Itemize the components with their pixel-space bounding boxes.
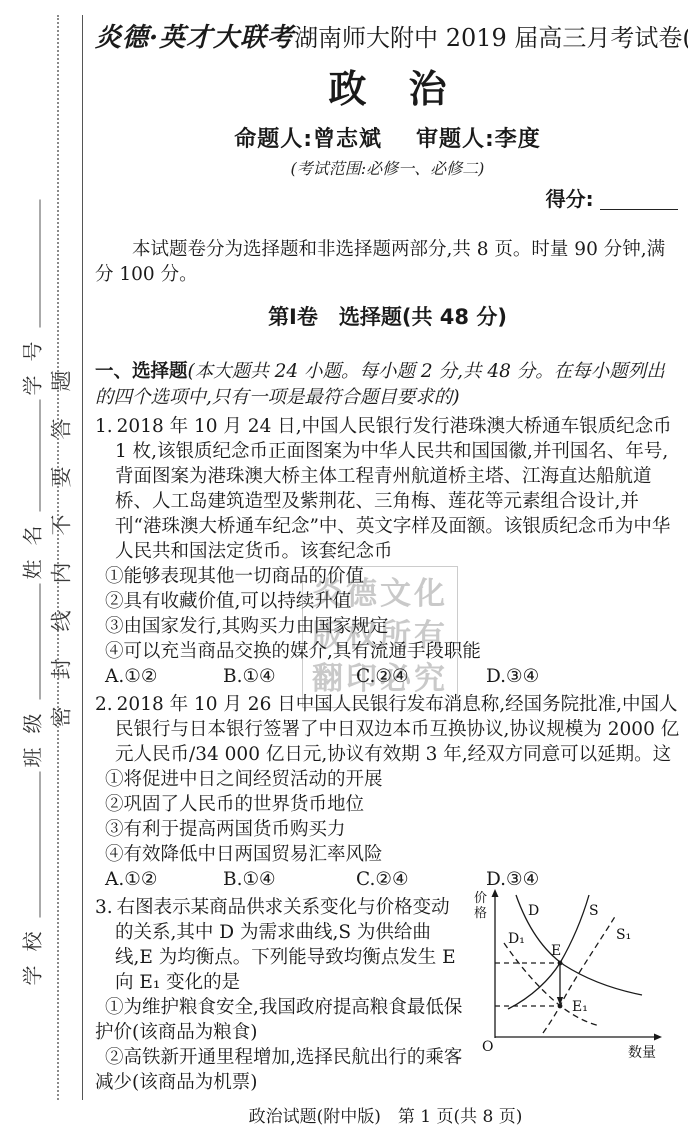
reviewer: 审题人:李度 <box>416 127 541 152</box>
proposer: 命题人:曾志斌 <box>234 127 382 152</box>
label-S: S <box>589 903 599 919</box>
question-1-item-4: ④可以充当商品交换的媒介,具有流通手段职能 <box>95 639 680 664</box>
question-2-item-1: ①将促进中日之间经贸活动的开展 <box>95 767 680 792</box>
question-1-item-3: ③由国家发行,其购买力由国家规定 <box>95 614 680 639</box>
label-D1: D₁ <box>508 931 525 947</box>
question-2: 2.2018 年 10 月 26 日中国人民银行发布消息称,经国务院批准,中国人… <box>95 692 680 892</box>
exam-edition: 湖南师大附中 2019 届高三月考试卷(四) <box>294 24 688 52</box>
x-axis-arrow <box>654 1034 662 1041</box>
equilibrium-point-E <box>558 961 563 966</box>
label-E: E <box>551 943 561 959</box>
score-label: 得分: <box>546 187 594 211</box>
option-d: D.③④ <box>486 664 680 689</box>
exam-header: 炎德·英才大联考湖南师大附中 2019 届高三月考试卷(四) <box>95 20 680 56</box>
part-1-heading: 一、选择题(本大题共 24 小题。每小题 2 分,共 48 分。在每小题列出的四… <box>95 359 680 411</box>
question-2-stem: 2.2018 年 10 月 26 日中国人民银行发布消息称,经国务院批准,中国人… <box>95 692 680 767</box>
option-a: A.①② <box>105 867 223 892</box>
seal-notice-text: 密封线内不要答题 <box>39 15 83 1100</box>
supply-demand-chart: 价格 <box>470 887 680 1083</box>
option-b: B.①④ <box>223 867 356 892</box>
label-E1: E₁ <box>572 999 588 1015</box>
exam-page-content: 炎德·英才大联考湖南师大附中 2019 届高三月考试卷(四) 政治 命题人:曾志… <box>83 0 688 1095</box>
question-2-item-4: ④有效降低中日两国贸易汇率风险 <box>95 842 680 867</box>
setters-line: 命题人:曾志斌审题人:李度 <box>95 122 680 153</box>
exam-scope-note: (考试范围:必修一、必修二) <box>95 156 680 179</box>
exam-instructions: 本试题卷分为选择题和非选择题两部分,共 8 页。时量 90 分钟,满分 100 … <box>95 237 680 287</box>
label-D: D <box>528 903 539 919</box>
spacer <box>30 990 31 1100</box>
question-number: 1. <box>95 416 117 437</box>
question-1-item-2: ②具有收藏价值,可以持续升值 <box>95 589 680 614</box>
section-1-title: 第Ⅰ卷 选择题(共 48 分) <box>95 301 680 331</box>
question-2-item-3: ③有利于提高两国货币购买力 <box>95 817 680 842</box>
question-1-stem: 1.2018 年 10 月 24 日,中国人民银行发行港珠澳大桥通车银质纪念币 … <box>95 414 680 564</box>
question-stem-text: 2018 年 10 月 26 日中国人民银行发布消息称,经国务院批准,中国人民银… <box>115 694 679 765</box>
y-axis-arrow <box>492 889 499 897</box>
score-row: 得分: <box>95 183 680 213</box>
page-footer: 政治试题(附中版) 第 1 页(共 8 页) <box>83 1102 688 1127</box>
chart-x-axis-label: 数量 <box>628 1044 656 1061</box>
question-2-item-2: ②巩固了人民币的世界货币地位 <box>95 792 680 817</box>
question-1: 1.2018 年 10 月 24 日,中国人民银行发行港珠澳大桥通车银质纪念币 … <box>95 414 680 689</box>
option-a: A.①② <box>105 664 223 689</box>
question-stem-text: 右图表示某商品供求关系变化与价格变动的关系,其中 D 为需求曲线,S 为供给曲线… <box>115 897 456 993</box>
exam-brand: 炎德·英才大联考 <box>95 23 294 53</box>
option-c: C.②④ <box>356 664 486 689</box>
question-number: 3. <box>95 897 117 918</box>
score-blank-line <box>600 208 678 210</box>
question-number: 2. <box>95 694 117 715</box>
question-1-item-1: ①能够表现其他一切商品的价值 <box>95 564 680 589</box>
supply-demand-diagram: D S D₁ S₁ E E₁ O 数量 <box>470 887 680 1083</box>
subject-title: 政治 <box>95 68 680 112</box>
label-S1: S₁ <box>616 927 631 943</box>
origin-label: O <box>482 1039 493 1055</box>
option-b: B.①④ <box>223 664 356 689</box>
equilibrium-point-E1 <box>558 1004 563 1009</box>
question-3: 价格 <box>95 895 680 1095</box>
question-stem-text: 2018 年 10 月 24 日,中国人民银行发行港珠澳大桥通车银质纪念币 1 … <box>115 416 672 562</box>
question-1-options: A.①② B.①④ C.②④ D.③④ <box>95 664 680 689</box>
part-1-label: 一、选择题 <box>95 361 188 382</box>
option-c: C.②④ <box>356 867 486 892</box>
